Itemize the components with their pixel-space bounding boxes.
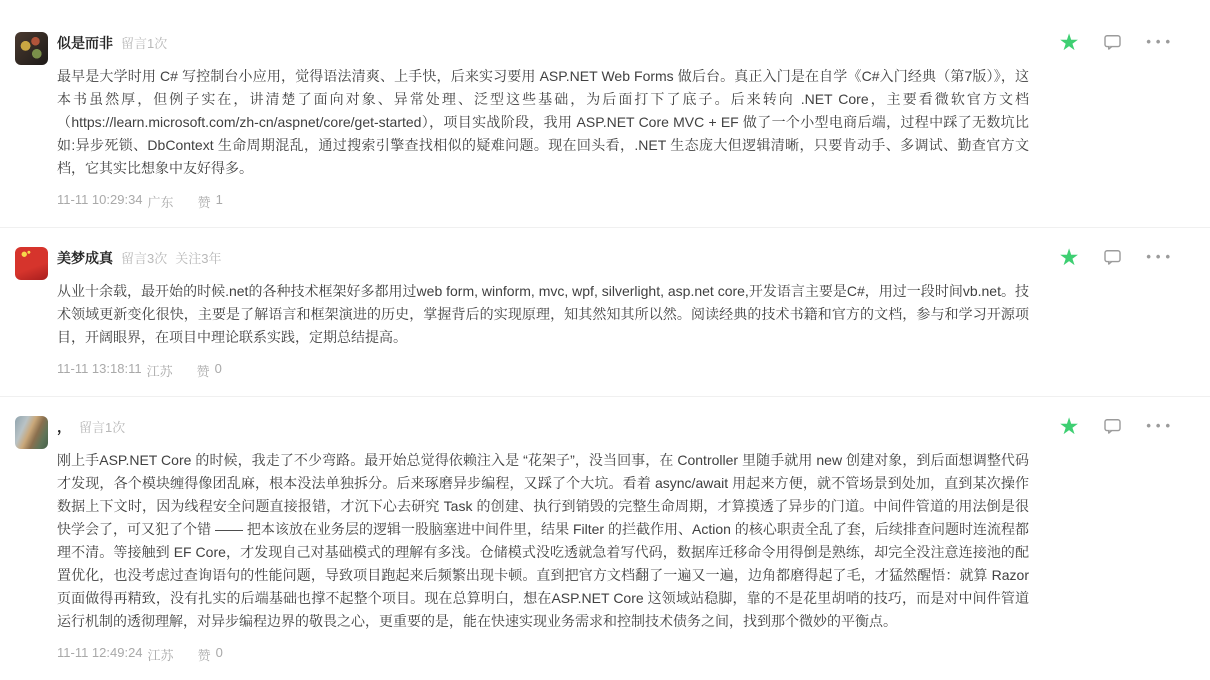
avatar[interactable] [15,247,48,280]
more-options-icon[interactable]: ••• [1146,416,1175,436]
avatar[interactable] [15,32,48,65]
comment-footer: 11-11 10:29:34 广东 赞 1 [57,192,1029,211]
comment-meta: 11-11 10:29:34 广东 [57,192,174,211]
comment-footer: 11-11 12:49:24 江苏 赞 0 [57,645,1029,664]
comment-bubble-icon[interactable] [1102,416,1123,436]
star-icon[interactable]: ★ [1059,247,1080,267]
more-options-icon[interactable]: ••• [1146,247,1175,267]
comment-content: 美梦成真 留言3次 关注3年 从业十余载，最开始的时候.net的各种技术框架好多… [57,245,1029,380]
comment-actions: ★ ••• [1059,247,1175,267]
comment-header: 美梦成真 留言3次 关注3年 [57,248,1029,267]
like-count: 0 [215,361,222,380]
comment-username: ， [57,417,71,437]
comment-body: 刚上手ASP.NET Core 的时候，我走了不少弯路。最开始总觉得依赖注入是 … [57,449,1029,633]
avatar[interactable] [15,416,48,449]
comment-time: 11-11 13:18:11 [57,361,142,380]
comment-item: 美梦成真 留言3次 关注3年 从业十余载，最开始的时候.net的各种技术框架好多… [0,228,1210,397]
comment-count-badge: 留言1次 [121,33,167,52]
comment-meta: 11-11 12:49:24 江苏 [57,645,174,664]
comment-list: 似是而非 留言1次 最早是大学时用 C# 写控制台小应用，觉得语法清爽、上手快，… [0,0,1210,680]
comment-item: ， 留言1次 刚上手ASP.NET Core 的时候，我走了不少弯路。最开始总觉… [0,397,1210,680]
comment-body: 从业十余载，最开始的时候.net的各种技术框架好多都用过web form, wi… [57,280,1029,349]
comment-time: 11-11 10:29:34 [57,192,143,211]
comment-item: 似是而非 留言1次 最早是大学时用 C# 写控制台小应用，觉得语法清爽、上手快，… [0,0,1210,228]
like-label: 赞 [198,645,211,664]
comment-count-badge: 留言3次 [121,248,167,267]
comment-header: ， 留言1次 [57,417,1029,436]
comment-meta: 11-11 13:18:11 江苏 [57,361,173,380]
comment-bubble-icon[interactable] [1102,32,1123,52]
like-button[interactable]: 赞 0 [197,361,222,380]
like-label: 赞 [198,192,211,211]
comment-time: 11-11 12:49:24 [57,645,143,664]
comment-location: 江苏 [147,361,173,380]
like-button[interactable]: 赞 1 [198,192,223,211]
comment-location: 广东 [148,192,174,211]
more-options-icon[interactable]: ••• [1146,32,1175,52]
comment-footer: 11-11 13:18:11 江苏 赞 0 [57,361,1029,380]
star-icon[interactable]: ★ [1059,32,1080,52]
comment-username: 美梦成真 [57,248,113,268]
comment-header: 似是而非 留言1次 [57,33,1029,52]
comment-bubble-icon[interactable] [1102,247,1123,267]
like-label: 赞 [197,361,210,380]
comment-username: 似是而非 [57,33,113,53]
like-count: 0 [216,645,223,664]
comment-location: 江苏 [148,645,174,664]
comment-content: 似是而非 留言1次 最早是大学时用 C# 写控制台小应用，觉得语法清爽、上手快，… [57,30,1029,211]
like-button[interactable]: 赞 0 [198,645,223,664]
star-icon[interactable]: ★ [1059,416,1080,436]
comment-actions: ★ ••• [1059,32,1175,52]
comment-body: 最早是大学时用 C# 写控制台小应用，觉得语法清爽、上手快，后来实习要用 ASP… [57,65,1029,180]
follow-duration-badge: 关注3年 [175,248,221,267]
comment-content: ， 留言1次 刚上手ASP.NET Core 的时候，我走了不少弯路。最开始总觉… [57,414,1029,664]
comment-actions: ★ ••• [1059,416,1175,436]
comment-count-badge: 留言1次 [79,417,125,436]
like-count: 1 [216,192,223,211]
